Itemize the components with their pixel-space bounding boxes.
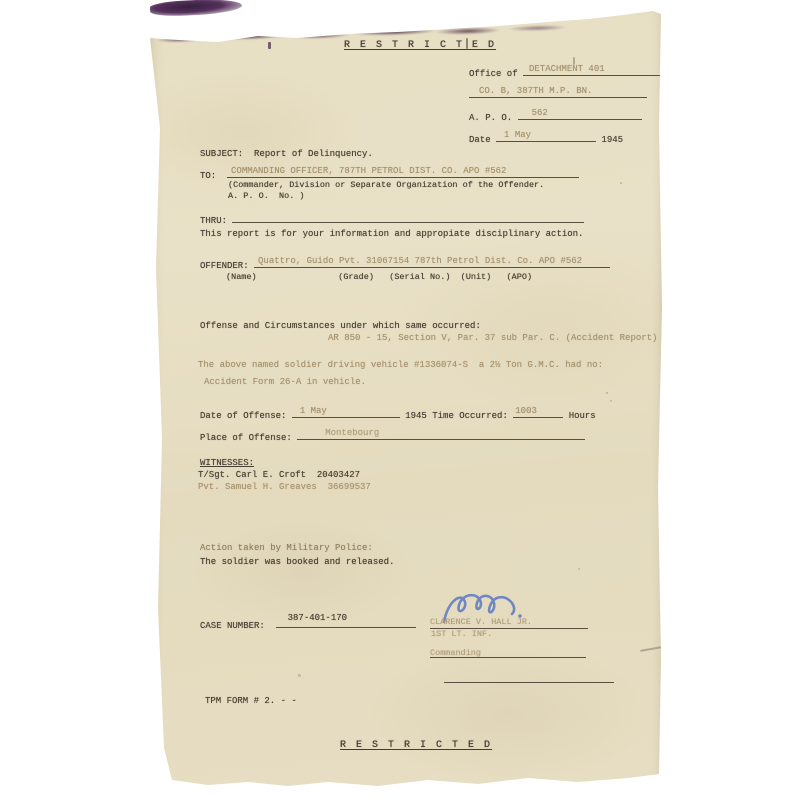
place-row: Place of Offense: Montebourg (200, 428, 585, 443)
form-number: TPM FORM # 2. - - (205, 696, 297, 706)
classification-bottom: R E S T R I C T E D (340, 740, 492, 751)
time-line: 1003 (513, 406, 563, 418)
apo-value: 562 (532, 108, 548, 118)
to-label: TO: (200, 171, 216, 181)
speck (610, 400, 612, 402)
speck (578, 568, 580, 570)
subject-value: Report of Delinquency. (254, 149, 373, 159)
to-line: COMMANDING OFFICER, 787TH PETROL DIST. C… (227, 166, 579, 178)
signer-role: Commanding (430, 648, 481, 658)
date-row: Date 1 May 1945 (469, 130, 623, 145)
to-note-1: (Commander, Division or Separate Organiz… (228, 180, 544, 190)
offense-reference: AR 850 - 15, Section V, Par. 37 sub Par.… (328, 333, 657, 343)
date-label: Date (469, 135, 491, 145)
office-unit-line: CO. B, 387TH M.P. BN. (469, 86, 647, 98)
speck (606, 392, 608, 394)
hours-label: Hours (569, 411, 596, 421)
offense-desc-2: Accident Form 26-A in vehicle. (204, 377, 366, 387)
info-line: This report is for your information and … (200, 229, 583, 239)
case-number-line: 387-401-170 (276, 616, 416, 628)
document-page: R E S T R I C T E D Office of DETACHMENT… (148, 8, 662, 792)
to-row: TO: COMMANDING OFFICER, 787TH PETROL DIS… (200, 166, 579, 181)
offender-columns: (Name) (Grade) (Serial No.) (Unit) (APO) (226, 272, 532, 282)
thru-line (232, 211, 584, 223)
signer-role-line: Commanding (430, 646, 586, 658)
offense-date-value: 1 May (300, 406, 327, 416)
thru-label: THRU: (200, 216, 227, 226)
offense-heading: Offense and Circumstances under which sa… (200, 321, 481, 331)
office-of-row: Office of DETACHMENT 401 (469, 64, 661, 79)
offense-date-label: Date of Offense: (200, 411, 286, 421)
time-label: Time Occurred: (432, 411, 508, 421)
thru-row: THRU: (200, 211, 584, 226)
offense-desc-1: The above named soldier driving vehicle … (198, 360, 603, 370)
signer-rank: 1ST LT. INF. (431, 629, 492, 639)
apo-line: 562 (518, 108, 642, 120)
witness-1: T/Sgt. Carl E. Croft 20403427 (198, 470, 360, 480)
offense-date-year: 1945 (405, 411, 427, 421)
speck (466, 38, 468, 49)
subject-row: SUBJECT: Report of Delinquency. (200, 149, 373, 159)
date-year: 1945 (601, 135, 623, 145)
place-label: Place of Offense: (200, 433, 292, 443)
offense-date-line: 1 May (292, 406, 400, 418)
speck (573, 57, 575, 65)
classification-top: R E S T R I C T E D (344, 40, 496, 51)
scanned-document: R E S T R I C T E D Office of DETACHMENT… (0, 0, 800, 800)
office-unit-row: CO. B, 387TH M.P. BN. (469, 86, 647, 101)
offender-row: OFFENDER: Quattro, Guido Pvt. 31067154 7… (200, 256, 610, 271)
ink-stain-blob (150, 0, 243, 17)
place-value: Montebourg (325, 428, 379, 438)
office-of-label: Office of (469, 69, 518, 79)
case-number-row: CASE NUMBER: 387-401-170 (200, 616, 416, 631)
apo-row: A. P. O. 562 (469, 108, 642, 123)
office-of-value: DETACHMENT 401 (529, 64, 605, 74)
office-unit-value: CO. B, 387TH M.P. BN. (479, 86, 592, 96)
action-heading: Action taken by Military Police: (200, 543, 373, 553)
action-text: The soldier was booked and released. (200, 557, 394, 567)
case-number-label: CASE NUMBER: (200, 621, 265, 631)
witness-2: Pvt. Samuel H. Greaves 36699537 (198, 482, 371, 492)
place-line: Montebourg (297, 428, 585, 440)
apo-label: A. P. O. (469, 113, 512, 123)
offender-line: Quattro, Guido Pvt. 31067154 787th Petro… (254, 256, 610, 268)
signer-role-row: Commanding (430, 645, 586, 663)
to-note-2: A. P. O. No. ) (228, 191, 305, 201)
speck (620, 182, 622, 184)
speck (208, 460, 210, 462)
signer-name: CLARENCE V. HALL JR. (430, 617, 532, 627)
case-number-value: 387-401-170 (288, 613, 347, 623)
office-of-line: DETACHMENT 401 (523, 64, 661, 76)
signer-name-line: CLARENCE V. HALL JR. (430, 617, 588, 629)
time-value: 1003 (515, 406, 537, 416)
ink-drip (268, 42, 271, 49)
offender-value: Quattro, Guido Pvt. 31067154 787th Petro… (258, 256, 582, 266)
date-line: 1 May (496, 130, 596, 142)
speck (298, 674, 301, 677)
date-value: 1 May (504, 130, 531, 140)
signature-extra-line (444, 670, 614, 688)
offender-label: OFFENDER: (200, 261, 249, 271)
to-value: COMMANDING OFFICER, 787TH PETROL DIST. C… (231, 166, 506, 176)
pencil-mark (640, 646, 662, 652)
subject-label: SUBJECT: (200, 149, 243, 159)
offense-date-row: Date of Offense: 1 May 1945 Time Occurre… (200, 406, 596, 421)
